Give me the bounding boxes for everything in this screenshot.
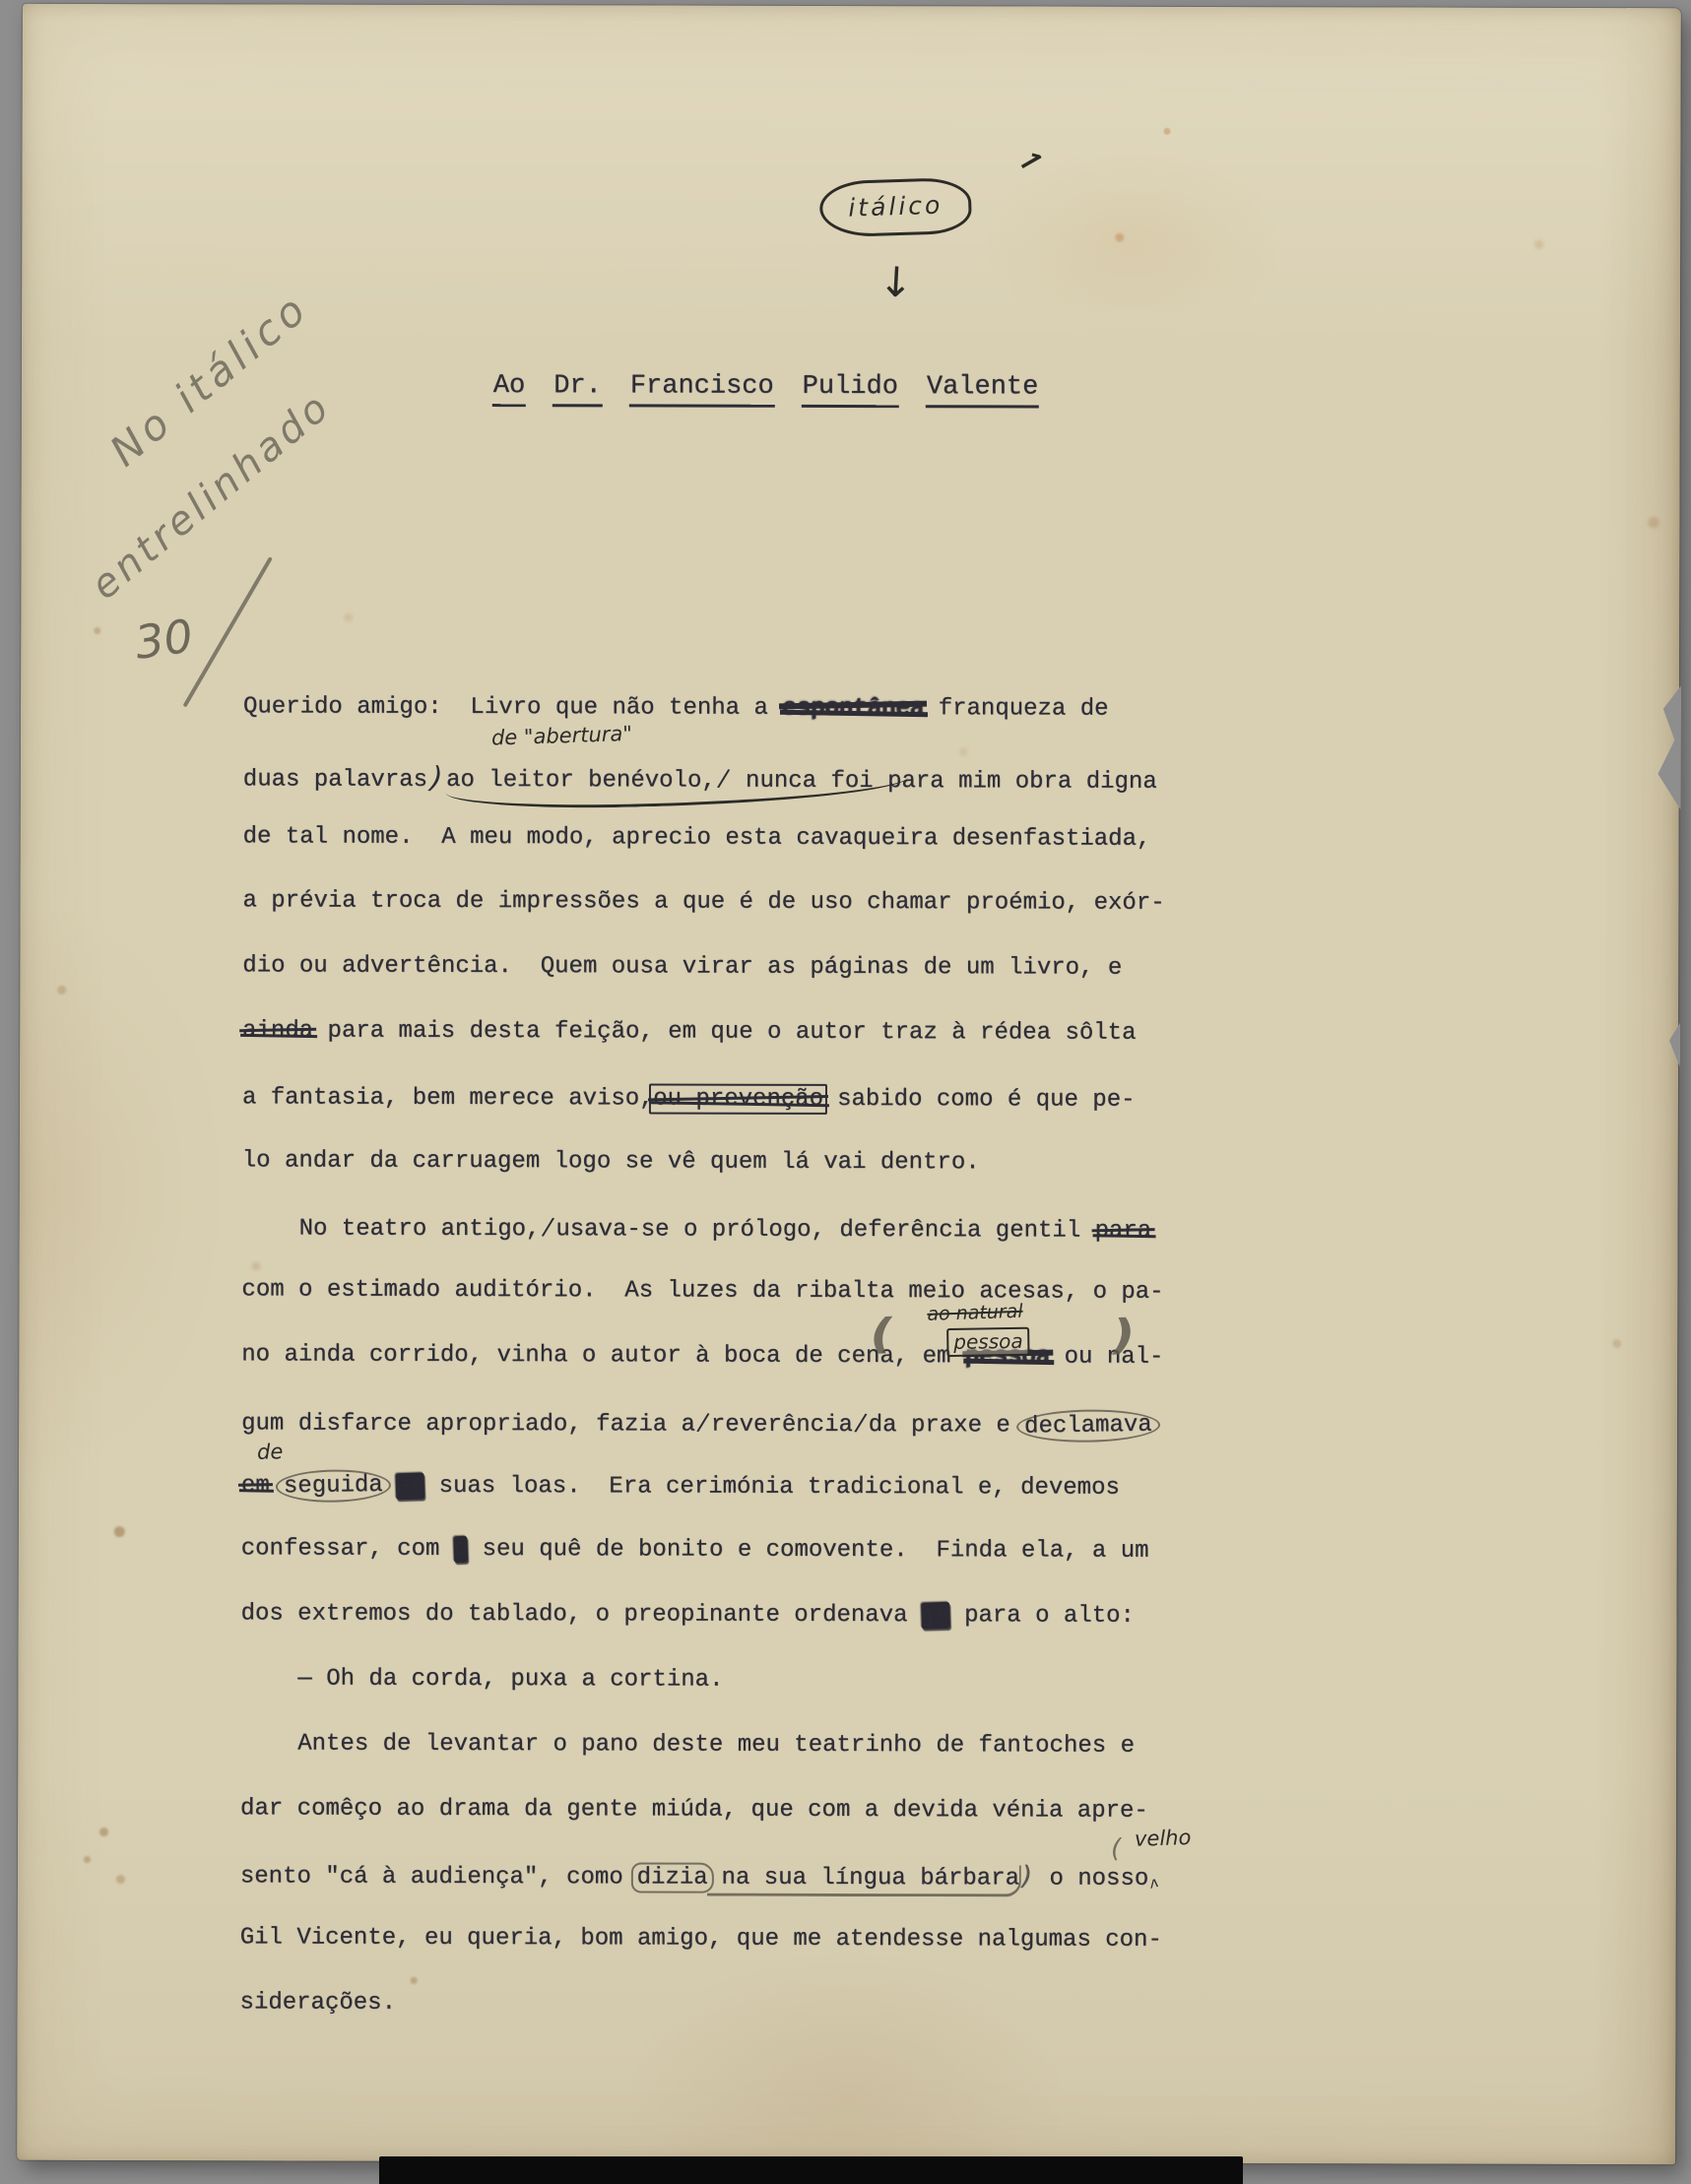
pencil-slash-stroke [183, 556, 273, 707]
typed-segment: dos extremos do tablado, o preopinante o… [241, 1601, 922, 1630]
typed-line: de tal nome. A meu modo, aprecio esta ca… [243, 823, 1151, 859]
typed-segment: Gil Vicente, eu queria, bom amigo, que m… [240, 1925, 1162, 1954]
typed-segment-strike: ou prevenção [649, 1083, 827, 1114]
typed-segment: com o estimado auditório. As luzes da ri… [241, 1277, 1163, 1306]
typed-line: — Oh da corda, puxa a cortina. [240, 1665, 723, 1700]
document-title: AoDr.FranciscoPulidoValente [492, 371, 1040, 408]
typed-segment: confessar, com [241, 1536, 454, 1564]
typed-segment: franqueza de [924, 695, 1108, 722]
scan-color-bar [379, 2156, 1243, 2184]
typed-segment-blot: o [453, 1536, 468, 1563]
title-word: Pulido [802, 372, 899, 408]
typed-segment: No teatro antigo, [299, 1216, 541, 1244]
typed-line: dio ou advertência. Quem ousa virar as p… [242, 953, 1122, 989]
typed-segment: no ainda corrido, vinha o autor à boca d… [241, 1341, 965, 1370]
typed-segment-blot: as [396, 1472, 425, 1500]
typed-segment: seu quê de bonito e comovente. Finda ela… [468, 1536, 1148, 1565]
scan-backdrop: itálico ↓ ⇀ No itálico entrelinhado 30 A… [0, 0, 1691, 2184]
typed-line: gum disfarce apropriado, fazia a/reverên… [241, 1406, 1151, 1442]
typed-line: em seguida as suas loas. Era cerimónia t… [241, 1471, 1120, 1507]
typed-segment-hwink: ) [425, 760, 448, 797]
typed-segment-hwp: ) [1018, 1862, 1035, 1892]
typed-segment: sabido como é que pe- [823, 1086, 1136, 1114]
typed-segment: de tal nome. A meu modo, aprecio esta ca… [243, 823, 1151, 852]
typed-segment: usava-se o prólogo, deferência gentil [555, 1217, 1094, 1245]
typed-segment: o nosso [1035, 1866, 1148, 1893]
typed-line: a prévia troca de impressões a que é de … [242, 888, 1164, 924]
typed-line: No teatro antigo,/usava-se o prólogo, de… [242, 1212, 1152, 1248]
circled-note-italico: itálico [818, 177, 972, 238]
typed-line: a fantasia, bem merece aviso,ou prevençã… [242, 1082, 1136, 1118]
typed-segment-boxp: dizia [631, 1863, 714, 1894]
insertion-ao-natural-struck: ao natural [927, 1301, 1023, 1325]
typed-segment: siderações. [240, 1989, 397, 2016]
typed-line: com o estimado auditório. As luzes da ri… [241, 1277, 1163, 1313]
pencil-paren-open: ( [868, 1310, 894, 1359]
typed-segment: para mais desta feição, em que o autor t… [313, 1018, 1136, 1047]
paper-tear [1666, 1022, 1680, 1067]
typed-line: Gil Vicente, eu queria, bom amigo, que m… [240, 1925, 1162, 1960]
insertion-velho: velho [1135, 1826, 1192, 1851]
ink-flick-mark-icon: ⇀ [1011, 141, 1050, 183]
document-page: itálico ↓ ⇀ No itálico entrelinhado 30 A… [17, 4, 1681, 2164]
title-word: Dr. [553, 371, 603, 407]
typed-segment-strike: em [241, 1472, 270, 1499]
arrow-down-icon: ↓ [878, 257, 915, 307]
typed-segment: Querido amigo: Livro que não tenha a [243, 693, 782, 721]
typed-segment: gum disfarce apropriado, fazia a [241, 1410, 695, 1438]
paper-stains [23, 4, 28, 9]
typed-segment-underboxp: na sua língua bárbara [707, 1865, 1021, 1897]
title-word: Ao [492, 371, 527, 407]
typed-segment: da praxe e [869, 1412, 1025, 1439]
typed-line: Querido amigo: Livro que não tenha a esp… [243, 693, 1109, 729]
paper-tear [1656, 685, 1681, 815]
typed-segment: a fantasia, bem merece aviso, [242, 1084, 654, 1112]
typed-segment: dar comêço ao drama da gente miúda, que … [240, 1795, 1148, 1824]
typed-line: sento "cá à audiença", como dizia na sua… [240, 1860, 1158, 1895]
typed-line: siderações. [240, 1989, 397, 2023]
typed-segment: Antes de levantar o pano deste meu teatr… [297, 1730, 1135, 1759]
typed-segment: lo andar da carruagem logo se vê quem lá… [242, 1147, 980, 1176]
typed-segment: — Oh da corda, puxa a cortina. [297, 1666, 723, 1694]
typed-segment: ou nal- [1050, 1344, 1163, 1371]
typed-segment-strike: ainda [242, 1017, 313, 1044]
pencil-paren-open: ( [1111, 1834, 1121, 1864]
typed-segment: reverência [711, 1411, 853, 1438]
insertion-de: de [257, 1440, 284, 1464]
typed-segment-hwink: v [1147, 1875, 1161, 1895]
typed-segment: a prévia troca de impressões a que é de … [242, 888, 1164, 917]
typed-line: lo andar da carruagem logo se vê quem lá… [242, 1147, 980, 1183]
typed-line: dar comêço ao drama da gente miúda, que … [240, 1795, 1148, 1831]
typed-line: confessar, com o seu quê de bonito e com… [241, 1536, 1149, 1572]
typed-segment-circlep: seguida [275, 1468, 390, 1503]
typed-line: no ainda corrido, vinha o autor à boca d… [241, 1341, 1163, 1377]
typed-segment-circlep: declamava [1015, 1408, 1159, 1443]
insertion-pessoa: pessoa [946, 1327, 1030, 1357]
typed-segment-strike: para [1095, 1218, 1152, 1245]
pencil-number-note: 30 [132, 609, 196, 669]
typed-segment: dio ou advertência. Quem ousa virar as p… [242, 953, 1122, 982]
typed-text: Querido amigo: Livro que não tenha a esp… [239, 693, 1194, 2094]
typed-segment: sento "cá à audiença", como [240, 1864, 637, 1892]
title-word: Valente [926, 372, 1040, 408]
typed-line: Antes de levantar o pano deste meu teatr… [240, 1730, 1135, 1766]
pencil-note-diagonal-2: entrelinhado [83, 383, 340, 609]
typed-line: ainda para mais desta feição, em que o a… [242, 1017, 1136, 1053]
typed-line: duas palavras)ao leitor benévolo,/ nunca… [243, 758, 1157, 794]
typed-line: dos extremos do tablado, o preopinante o… [241, 1601, 1135, 1637]
typed-segment: suas loas. Era cerimónia tradicional e, … [424, 1472, 1120, 1501]
typed-segment: para o alto: [950, 1602, 1135, 1629]
title-word: Francisco [629, 371, 775, 407]
typed-segment-strike: espontânea [782, 695, 924, 722]
typed-segment: duas palavras [243, 766, 427, 793]
typed-segment-blot: já [921, 1602, 950, 1630]
pencil-paren-close: ) [1110, 1310, 1137, 1359]
insertion-de-abertura: de "abertura" [491, 722, 633, 750]
